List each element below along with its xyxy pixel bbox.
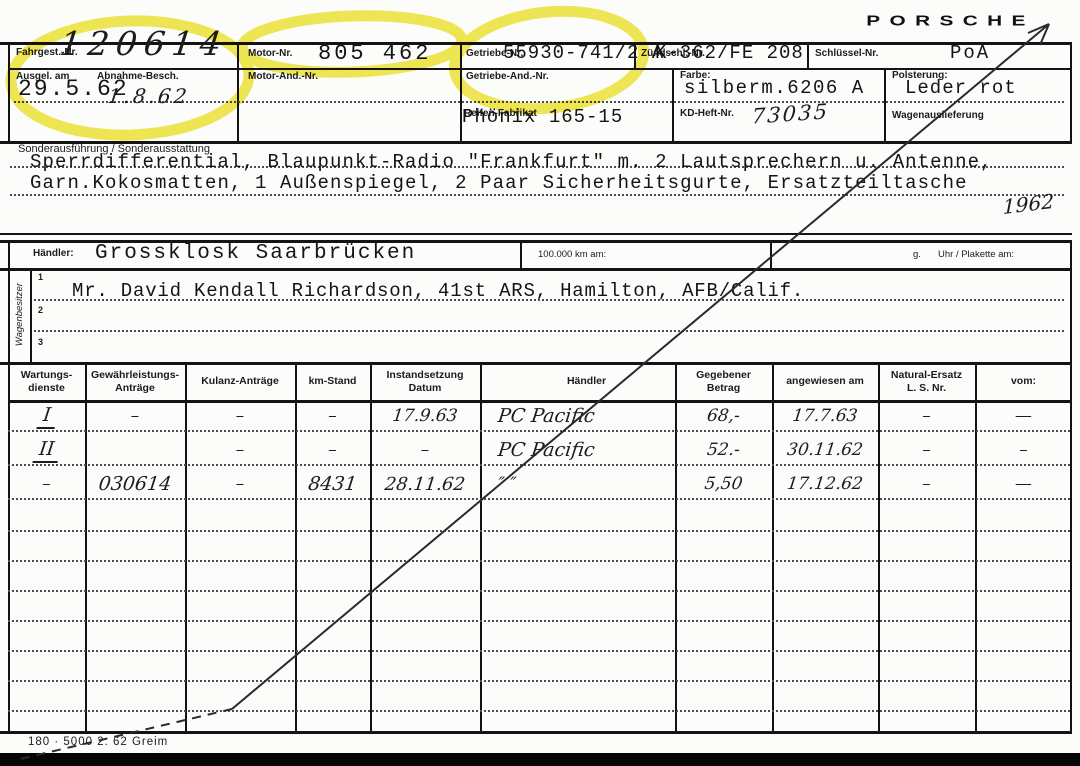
cell-dealer: PC Pacific [478,436,676,464]
service-book-value: 73035 [751,99,830,128]
cell-instructed: 30.11.62 [770,436,879,464]
special-equipment-line2: Garn.Kokosmatten, 1 Außenspiegel, 2 Paar… [30,172,968,194]
engine-change-label: Motor-And.-Nr. [248,71,318,82]
g-label: g. [913,249,921,260]
dotted-rule [10,194,1064,196]
dotted-rule [8,530,1070,532]
col-header-angewiesen: angewiesen am [772,365,878,399]
year-note: 1962 [1003,189,1054,219]
dotted-rule [34,330,1064,332]
divider [8,42,10,141]
cell-natural: – [876,402,976,430]
cell-instructed: 17.12.62 [770,470,879,498]
col-header-instandsetzung: Instandsetzung Datum [370,365,480,399]
divider [807,42,809,68]
divider [1070,240,1072,268]
divider [0,268,1072,271]
upholstery-value: Leder rot [905,77,1017,99]
cell-amount: 5,50 [673,470,773,498]
owner-row-number: 2 [38,305,43,315]
cell-dealer: ″ ″ [478,470,676,498]
acceptance-value: 1.8.62 [107,84,192,108]
divider [770,240,772,268]
divider [1070,42,1072,141]
dotted-rule [8,430,1070,432]
divider [0,731,1072,734]
gearbox-change-label: Getriebe-And.-Nr. [466,71,549,82]
key-number-value: PoA [950,42,990,64]
col-header-betrag: Gegebener Betrag [675,365,772,399]
dotted-rule [8,620,1070,622]
cell-natural: – [876,470,976,498]
table-row: I – – – 17.9.63 PC Pacific 68,- 17.7.63 … [8,402,1072,430]
col-header-km-stand: km-Stand [295,365,370,399]
cell-amount: 52.- [673,436,773,464]
col-header-natural-ersatz: Natural-Ersatz L. S. Nr. [878,365,975,399]
divider [672,68,674,141]
owner-row-number: 3 [38,337,43,347]
col-header-kulanz: Kulanz-Anträge [185,365,295,399]
color-value: silberm.6206 A [684,77,865,99]
engine-number-label: Motor-Nr. [248,48,292,59]
table-header-row: Wartungs- dienste Gewährleistungs- Anträ… [8,365,1072,399]
divider [1070,268,1072,362]
cell-service: II [32,438,60,463]
porsche-logo: PORSCHE [839,13,1063,30]
cell-service: – [6,470,86,498]
service-book-label: KD-Heft-Nr. [680,108,734,119]
cell-dealer: PC Pacific [478,402,676,430]
col-header-vom: vom: [975,365,1072,399]
car-delivery-label: Wagenauslieferung [892,110,984,121]
dotted-rule [34,299,1064,301]
cell-goodwill: – [183,402,296,430]
cell-km: – [293,402,371,430]
ignition-key-value: K-362/FE 208 [655,42,804,64]
cell-warranty: – [83,402,186,430]
cell-warranty: 030614 [83,470,186,498]
dotted-rule [8,498,1070,500]
cell-vom: — [973,470,1073,498]
cell-repair-date: – [368,436,481,464]
cell-vom: — [973,402,1073,430]
dotted-rule [8,464,1070,466]
cell-goodwill: – [183,436,296,464]
col-header-haendler: Händler [480,365,675,399]
cell-instructed: 17.7.63 [770,402,879,430]
divider [8,240,10,268]
form-imprint: 180 · 5000 2. 62 Greim [28,736,168,748]
engine-number-value: 805 462 [318,41,431,66]
chassis-number-value: 120614 [58,24,231,63]
dealer-label: Händler: [33,248,74,259]
dotted-rule [8,710,1070,712]
cell-repair-date: 17.9.63 [368,402,481,430]
owner-section-label: Wagenbesitzer [14,283,25,346]
cell-goodwill: – [183,470,296,498]
cell-warranty [83,436,186,464]
cell-service: I [36,404,57,429]
cell-natural: – [876,436,976,464]
cell-km: – [293,436,371,464]
special-equipment-line1: Sperrdifferential, Blaupunkt-Radio "Fran… [30,151,993,173]
scan-edge-bar [0,753,1080,766]
tire-brand-value: Phönix 165-15 [462,106,623,128]
divider [520,240,522,268]
divider [0,233,1072,235]
dotted-rule [8,560,1070,562]
dotted-rule [8,680,1070,682]
cell-km: 8431 [293,470,371,498]
cell-vom: – [973,436,1073,464]
col-header-wartungsdienste: Wartungs- dienste [8,365,85,399]
divider [237,42,239,141]
cell-repair-date: 28.11.62 [368,470,481,498]
dotted-rule [8,650,1070,652]
cell-amount: 68,- [673,402,773,430]
dotted-rule [8,590,1070,592]
col-header-gewaehrleistung: Gewährleistungs- Anträge [85,365,185,399]
table-row: II – – – PC Pacific 52.- 30.11.62 – – [8,436,1072,464]
divider [884,68,886,141]
divider [30,268,32,362]
kardex-document: PORSCHE Fahrgest.-Nr. 120614 Motor-Nr. 8… [0,0,1080,766]
dealer-value: Grossklosk Saarbrücken [95,242,416,265]
key-number-label: Schlüssel-Nr. [815,48,878,59]
km-100000-label: 100.000 km am: [538,249,606,260]
table-row: – 030614 – 8431 28.11.62 ″ ″ 5,50 17.12.… [8,470,1072,498]
clock-badge-label: Uhr / Plakette am: [938,249,1014,260]
owner-row-number: 1 [38,272,43,282]
acceptance-label: Abnahme-Besch. [97,71,179,82]
